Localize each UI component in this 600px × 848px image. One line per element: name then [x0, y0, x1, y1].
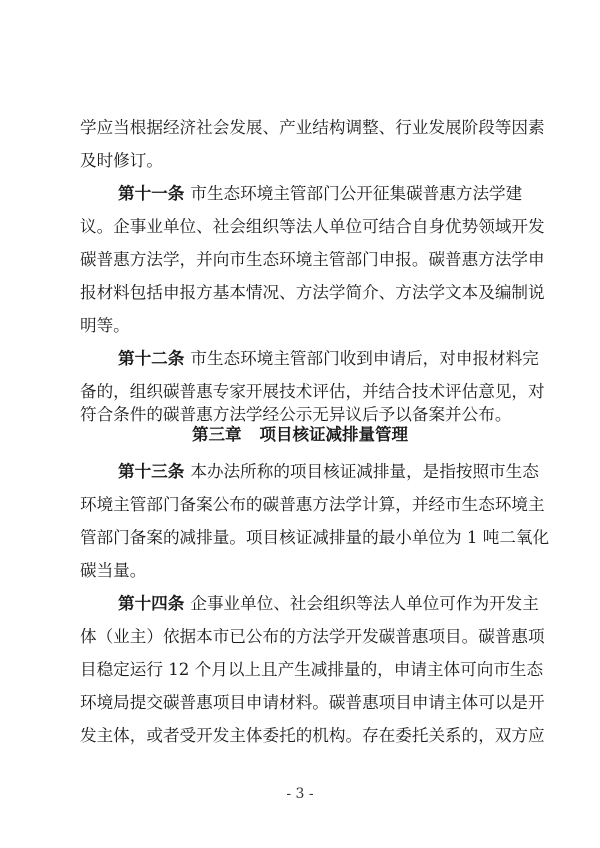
- paragraph-line: 体（业主）依据本市已公布的方法学开发碳普惠项目。碳普惠项: [80, 627, 520, 647]
- paragraph-line: 目稳定运行 12 个月以上且产生减排量的，申请主体可向市生态: [80, 660, 520, 680]
- paragraph-line: 报材料包括申报方基本情况、方法学简介、方法学文本及编制说: [80, 283, 520, 303]
- paragraph-text: 市生态环境主管部门收到申请后，对申报材料完: [190, 349, 538, 368]
- paragraph-line: 环境主管部门备案公布的碳普惠方法学计算，并经市生态环境主: [80, 495, 520, 515]
- chapter-title: 项目核证减排量管理: [260, 425, 409, 444]
- paragraph-line: 发主体，或者受开发主体委托的机构。存在委托关系的，双方应: [80, 726, 520, 746]
- page-number: - 3 -: [0, 786, 600, 802]
- article-11-first-line: 第十一条市生态环境主管部门公开征集碳普惠方法学建: [118, 184, 520, 204]
- chapter-heading: 第三章项目核证减排量管理: [0, 424, 600, 446]
- article-label: 第十四条: [118, 594, 184, 613]
- paragraph-line: 环境局提交碳普惠项目申请材料。碳普惠项目申请主体可以是开: [80, 693, 520, 713]
- article-label: 第十二条: [118, 349, 184, 368]
- paragraph-line: 碳普惠方法学，并向市生态环境主管部门申报。碳普惠方法学申: [80, 250, 520, 270]
- paragraph-text: 企事业单位、社会组织等法人单位可作为开发主: [190, 594, 538, 613]
- article-12-first-line: 第十二条市生态环境主管部门收到申请后，对申报材料完: [118, 349, 520, 369]
- article-13-first-line: 第十三条本办法所称的项目核证减排量，是指按照市生态: [118, 462, 520, 482]
- paragraph-text: 市生态环境主管部门公开征集碳普惠方法学建: [190, 184, 522, 203]
- paragraph-line: 议。企事业单位、社会组织等法人单位可结合自身优势领域开发: [80, 217, 520, 237]
- paragraph-line: 备的，组织碳普惠专家开展技术评估，并结合技术评估意见，对: [80, 382, 520, 402]
- chapter-number: 第三章: [192, 425, 242, 444]
- paragraph-text: 本办法所称的项目核证减排量，是指按照市生态: [190, 462, 538, 481]
- paragraph-line: 符合条件的碳普惠方法学经公示无异议后予以备案并公布。: [80, 405, 520, 425]
- paragraph-line: 明等。: [80, 316, 520, 336]
- article-label: 第十三条: [118, 462, 184, 481]
- paragraph-line: 及时修订。: [80, 151, 520, 171]
- article-label: 第十一条: [118, 184, 184, 203]
- paragraph-line: 碳当量。: [80, 561, 520, 581]
- document-page: 学应当根据经济社会发展、产业结构调整、行业发展阶段等因素 及时修订。 第十一条市…: [0, 0, 600, 848]
- paragraph-line: 学应当根据经济社会发展、产业结构调整、行业发展阶段等因素: [80, 118, 520, 138]
- paragraph-line: 管部门备案的减排量。项目核证减排量的最小单位为 1 吨二氧化: [80, 528, 520, 548]
- article-14-first-line: 第十四条企事业单位、社会组织等法人单位可作为开发主: [118, 594, 520, 614]
